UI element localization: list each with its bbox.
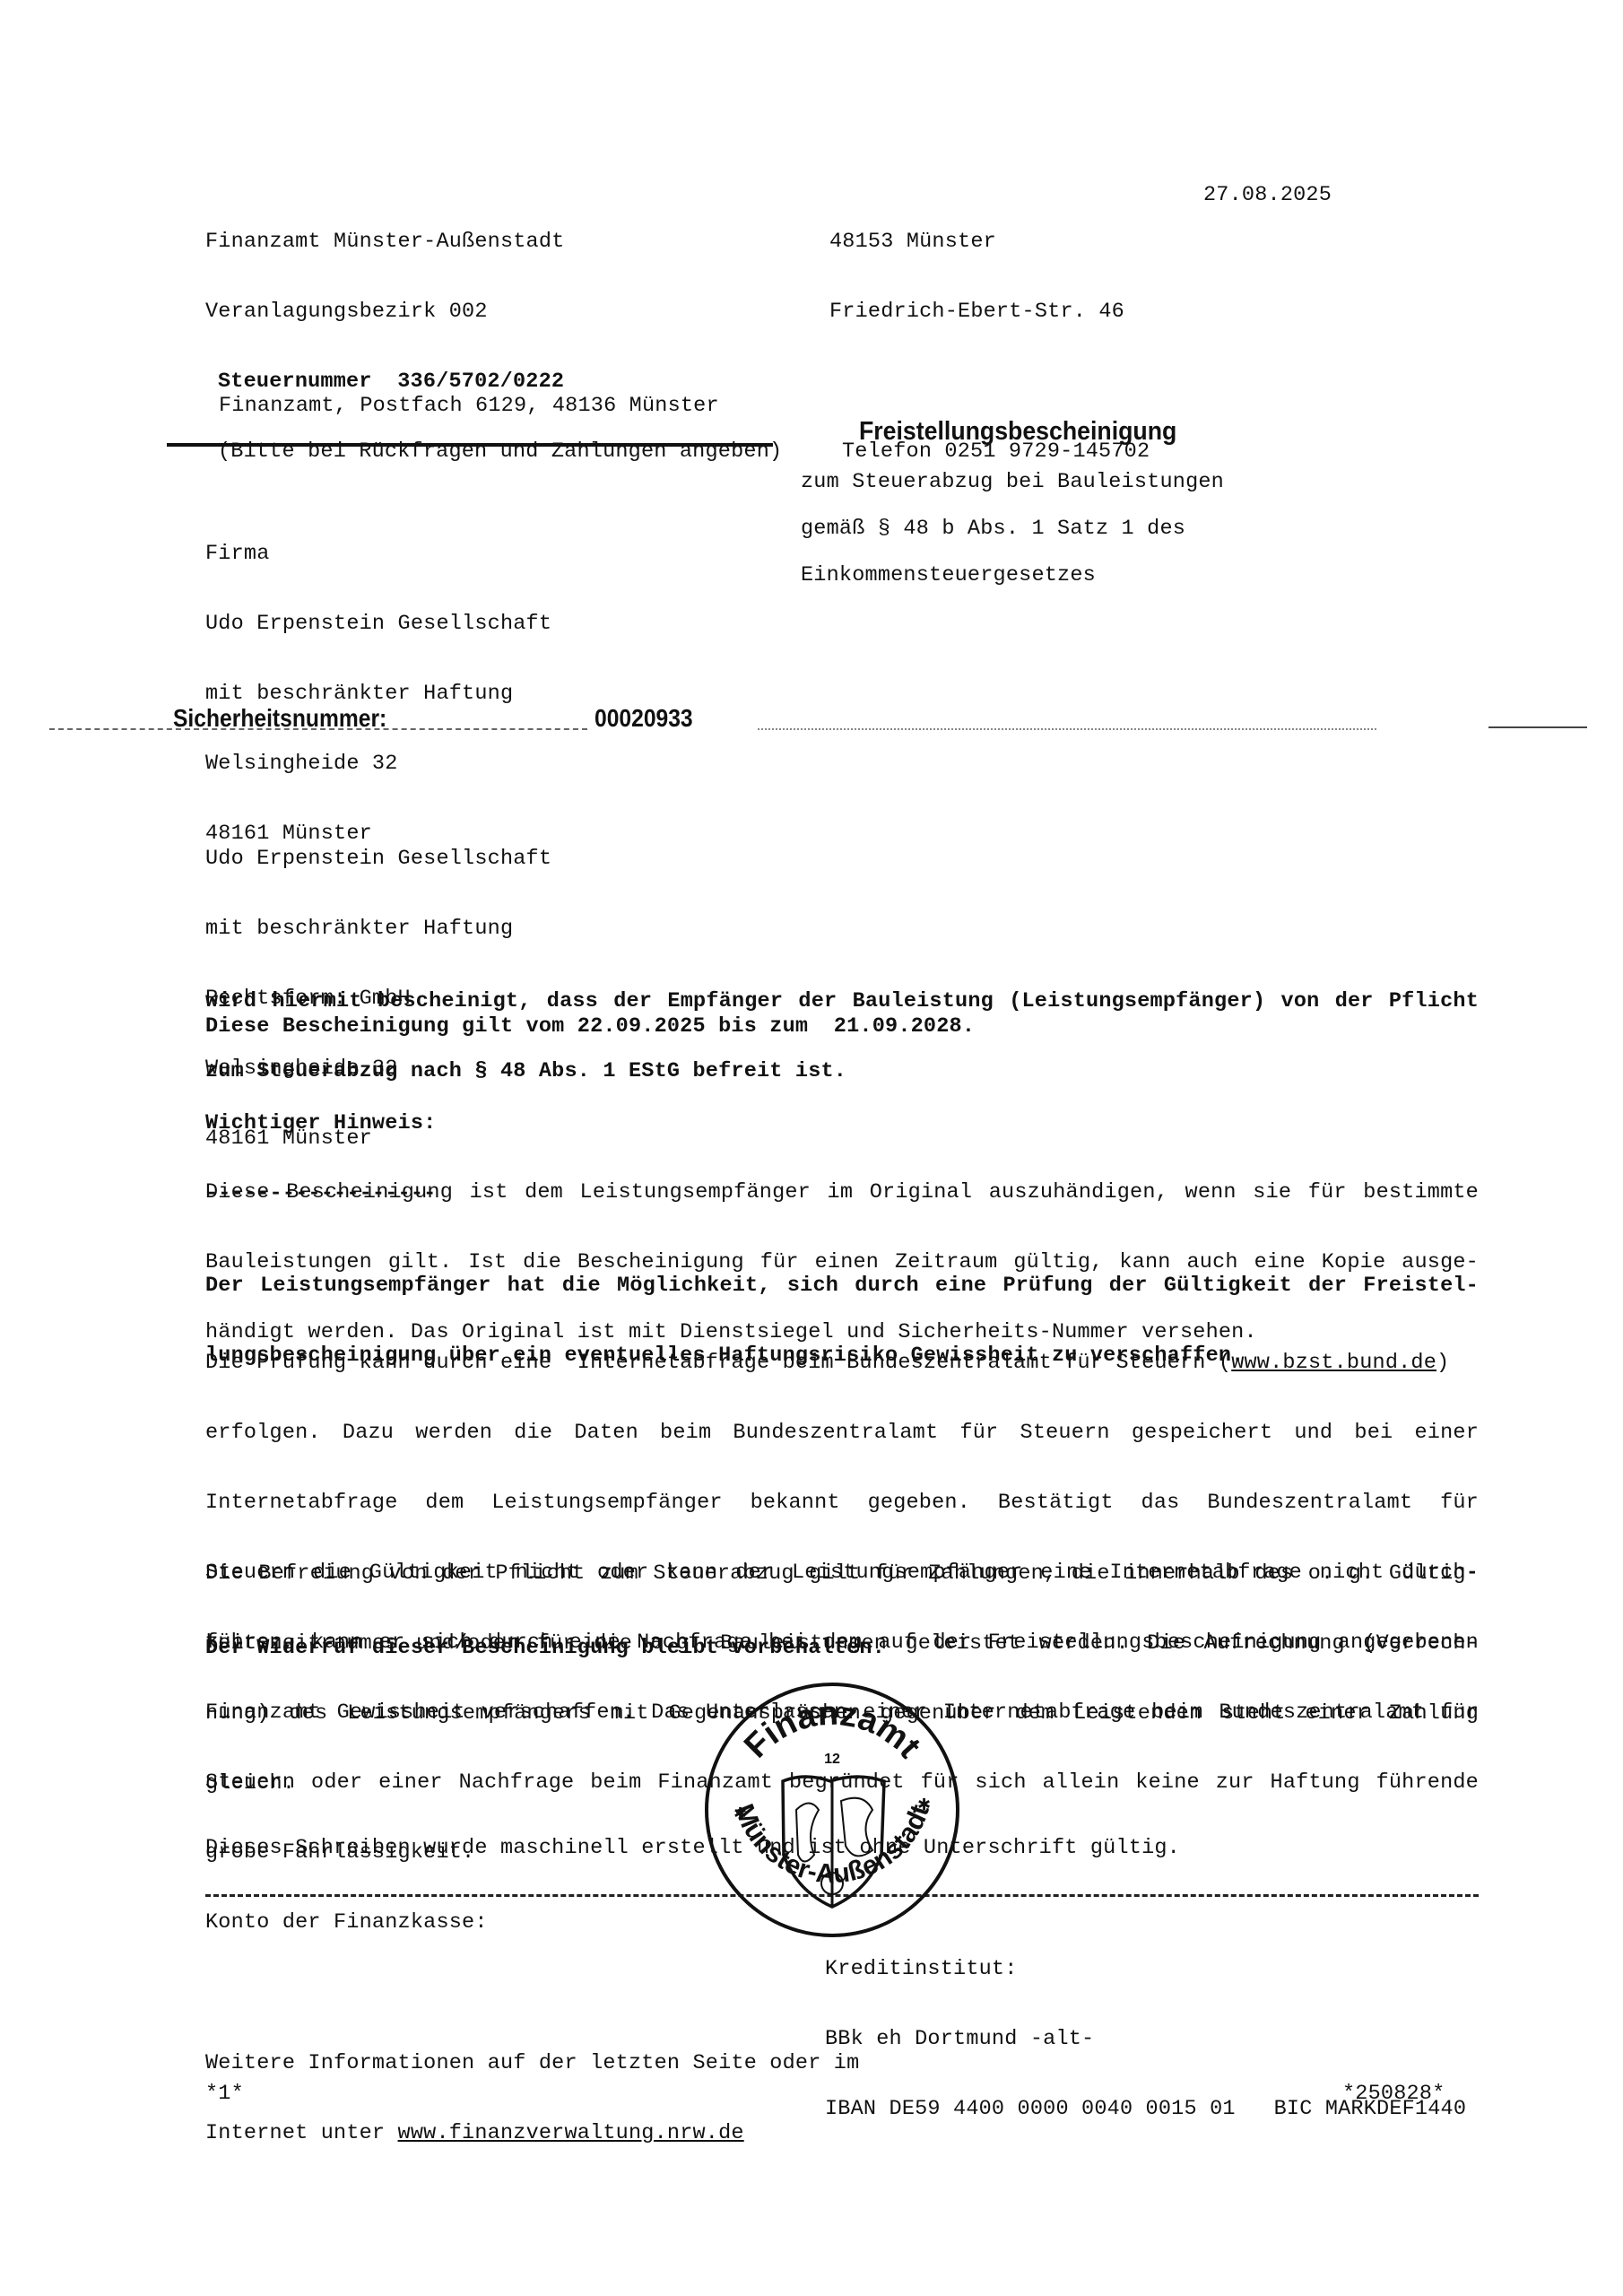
- document-code: *250828*: [1342, 2083, 1445, 2106]
- star-icon: ✱: [917, 1796, 931, 1814]
- paragraph-line: Internetabfrage dem Leistungsempfänger b…: [205, 1492, 1479, 1515]
- paragraph-line: Die Befreiung von der Pflicht zum Steuer…: [205, 1562, 1479, 1586]
- paragraph-line: Der Leistungsempfänger hat die Möglichke…: [205, 1274, 1479, 1298]
- revocation-notice: Der Widerruf dieser Bescheinigung bleibt…: [205, 1637, 885, 1660]
- paragraph-line: erfolgen. Dazu werden die Daten beim Bun…: [205, 1422, 1479, 1445]
- bank-details: Kreditinstitut: BBk eh Dortmund -alt- IB…: [825, 1911, 1466, 2144]
- account-label: Konto der Finanzkasse:: [205, 1911, 488, 1935]
- title-line-1: zum Steuerabzug bei Bauleistungen: [801, 471, 1224, 494]
- title-line-3: Einkommensteuergesetzes: [801, 564, 1096, 587]
- recipient-line: Firma: [205, 543, 551, 566]
- paren-close: ): [1436, 1351, 1449, 1375]
- validity-period: Diese Bescheinigung gilt vom 22.09.2025 …: [205, 1015, 975, 1039]
- office-header: Finanzamt Münster-Außenstadt Veranlagung…: [205, 184, 782, 487]
- recipient-line: mit beschränkter Haftung: [205, 683, 551, 706]
- security-number: 00020933: [595, 704, 693, 733]
- sender-line: Finanzamt, Postfach 6129, 48136 Münster: [219, 395, 719, 418]
- document-title: Freistellungsbescheinigung: [859, 417, 1176, 447]
- tax-number: 336/5702/0222: [397, 370, 564, 394]
- recipient-line: Welsingheide 32: [205, 752, 551, 776]
- office-name: Finanzamt Münster-Außenstadt: [205, 230, 782, 254]
- machine-generated-note: Dieses Schreiben wurde maschinell erstel…: [205, 1837, 1180, 1860]
- page-marker: *1*: [205, 2083, 244, 2106]
- office-city: 48153 Münster: [829, 230, 1150, 254]
- tax-number-label: Steuernummer: [218, 370, 372, 394]
- paragraph-line: Die Prüfung kann durch eine Internetabfr…: [205, 1351, 1231, 1375]
- window-rule: [167, 443, 773, 447]
- finanzverwaltung-link[interactable]: www.finanzverwaltung.nrw.de: [398, 2121, 744, 2145]
- security-rule-end: [1488, 726, 1587, 728]
- company-line: Udo Erpenstein Gesellschaft: [205, 848, 551, 871]
- security-rule-right: [758, 728, 1376, 730]
- bank-label: Kreditinstitut:: [825, 1958, 1466, 1981]
- iban: IBAN DE59 4400 0000 0040 0015 01: [825, 2097, 1236, 2121]
- official-seal-stamp: Finanzamt Münster-Außenstadt 12 ✱ ✱: [698, 1675, 967, 1944]
- info-line: Weitere Informationen auf der letzten Se…: [205, 2052, 859, 2075]
- seal-number: 12: [824, 1752, 840, 1767]
- bank-name: BBk eh Dortmund -alt-: [825, 2028, 1466, 2051]
- district: Veranlagungsbezirk 002: [205, 300, 782, 324]
- office-street: Friedrich-Ebert-Str. 46: [829, 300, 1150, 324]
- info-line-prefix: Internet unter: [205, 2121, 398, 2145]
- bzst-link[interactable]: www.bzst.bund.de: [1231, 1351, 1436, 1375]
- security-number-label: Sicherheitsnummer:: [173, 704, 386, 733]
- notice-heading-text: Wichtiger Hinweis:: [205, 1112, 436, 1135]
- recipient-line: Udo Erpenstein Gesellschaft: [205, 613, 551, 636]
- certification-line: wird hiermit bescheinigt, dass der Empfä…: [205, 990, 1479, 1013]
- paragraph-line: Diese Bescheinigung ist dem Leistungsemp…: [205, 1181, 1479, 1205]
- letter-date: 27.08.2025: [1203, 184, 1332, 207]
- company-line: mit beschränkter Haftung: [205, 918, 551, 941]
- star-icon: ✱: [733, 1805, 747, 1823]
- title-line-2: gemäß § 48 b Abs. 1 Satz 1 des: [801, 517, 1185, 541]
- more-info: Weitere Informationen auf der letzten Se…: [205, 2005, 859, 2169]
